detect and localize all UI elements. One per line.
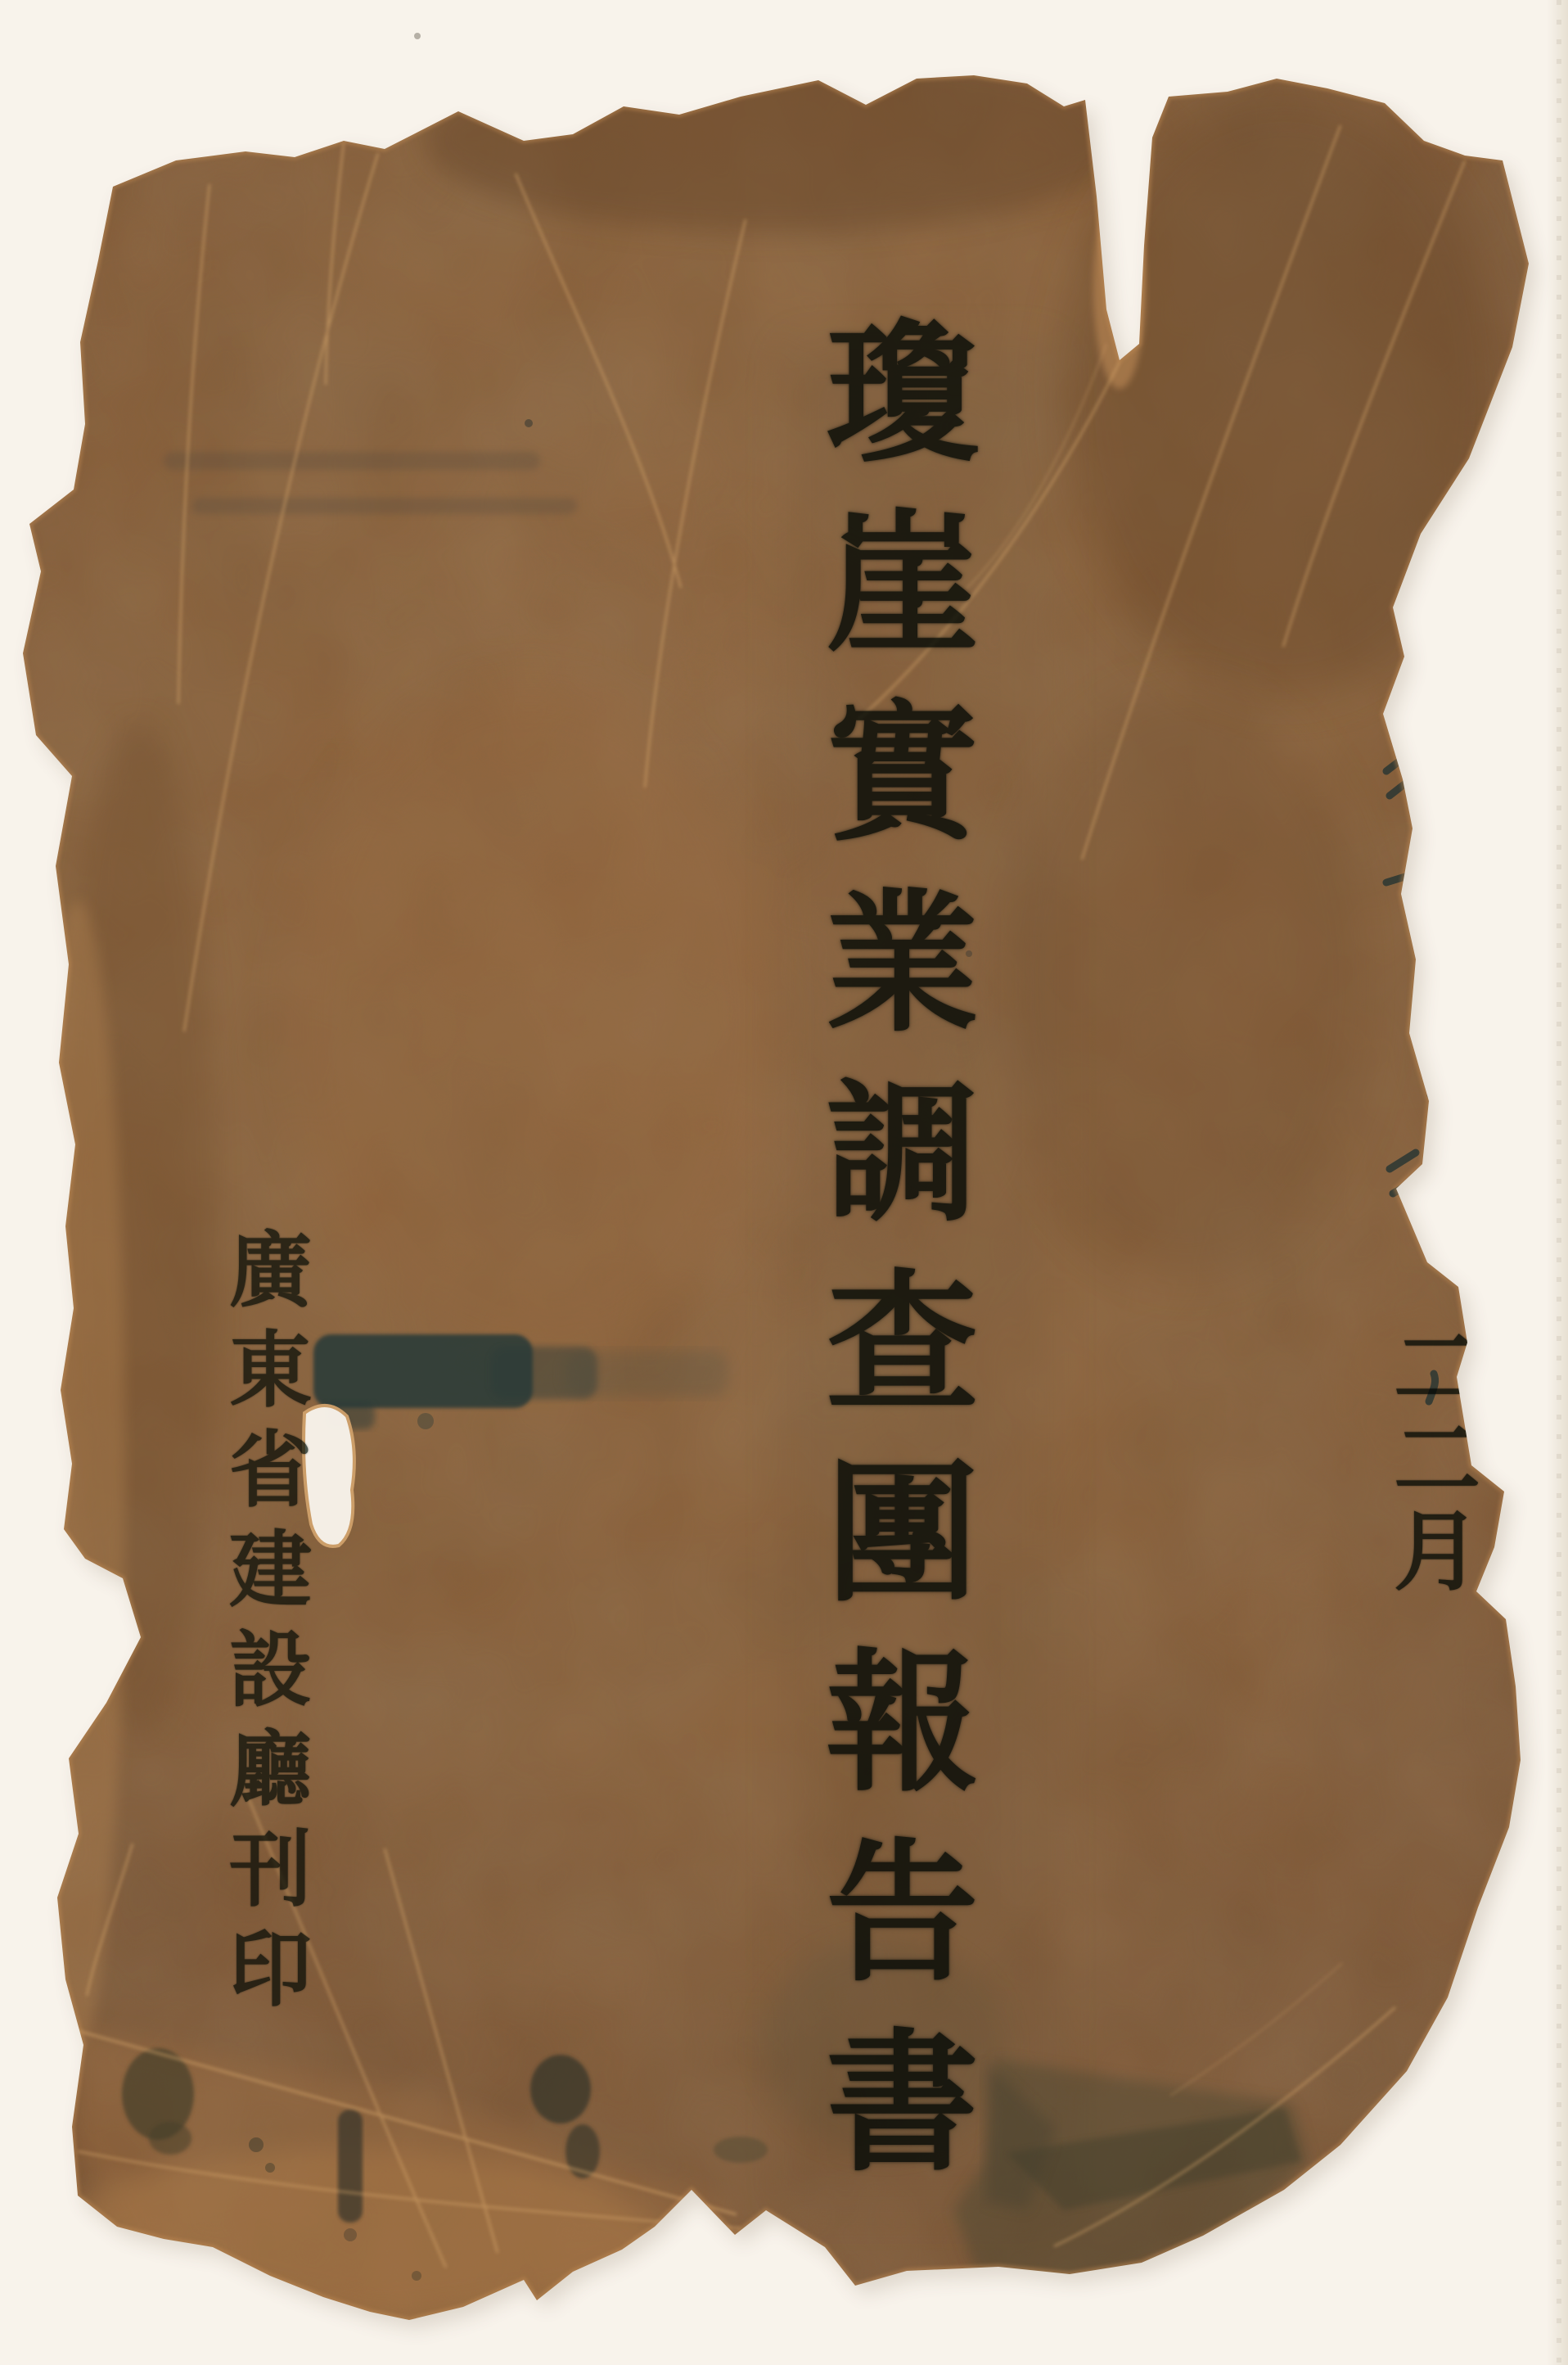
scanned-book-cover-page: { "scan": { "description": "Scan of a to… [0,0,1568,2365]
publisher-imprint: 廣東省建設廳刊印 [223,1226,305,2025]
dust-speck [414,33,421,39]
scanner-background: 瓊崖實業調查團報告書 廣東省建設廳刊印 二二月 [0,0,1568,2365]
torn-paper-cover: 瓊崖實業調查團報告書 廣東省建設廳刊印 二二月 [0,0,1568,2365]
date-fragment: 二二月 [1387,1322,1474,1597]
cover-title: 瓊崖實業調查團報告書 [814,313,966,2212]
scanner-edge-dots [1557,0,1561,2365]
